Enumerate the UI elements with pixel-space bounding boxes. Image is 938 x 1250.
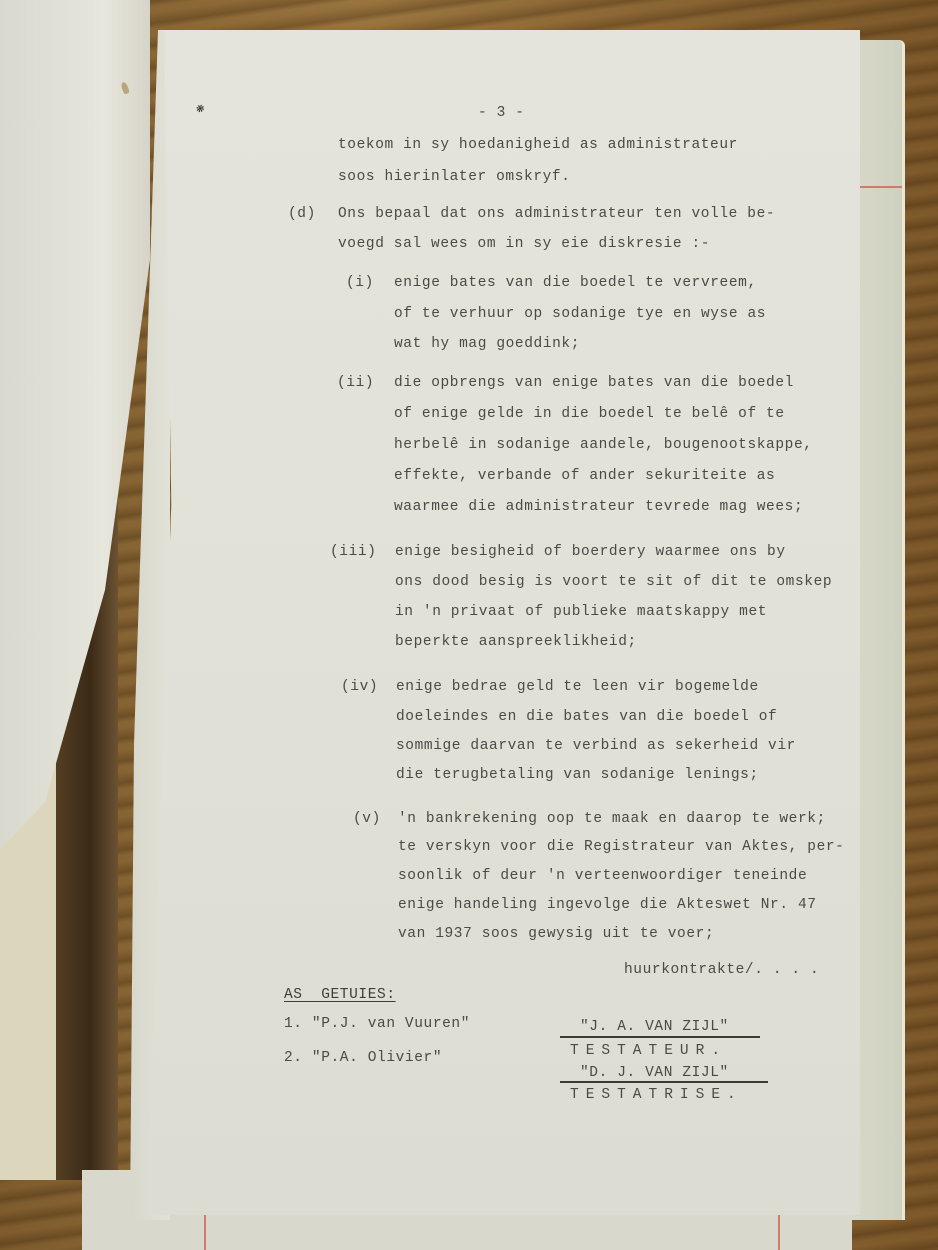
subclause-line: 'n bankrekening oop te maak en daarop te… [398, 811, 826, 827]
signature-name: "D. J. VAN ZIJL" [580, 1065, 729, 1081]
subclause-line: waarmee die administrateur tevrede mag w… [394, 499, 803, 515]
subclause-label: (iii) [330, 544, 377, 560]
subclause-label: (v) [353, 811, 381, 827]
subclause-line: of te verhuur op sodanige tye en wyse as [394, 306, 766, 322]
signature-role: TESTATRISE. [570, 1087, 743, 1103]
witness-entry: 2. "P.A. Olivier" [284, 1050, 442, 1066]
subclause-line: in 'n privaat of publieke maatskappy met [395, 604, 767, 620]
subclause-line: beperkte aanspreeklikheid; [395, 634, 637, 650]
document-text: - 3 - toekom in sy hoedanigheid as admin… [0, 0, 938, 1250]
subclause-line: soonlik of deur 'n verteenwoordiger tene… [398, 868, 807, 884]
subclause-line: enige besigheid of boerdery waarmee ons … [395, 544, 786, 560]
subclause-line: enige bedrae geld te leen vir bogemelde [396, 679, 759, 695]
signature-line [560, 1081, 768, 1083]
clause-line: voegd sal wees om in sy eie diskresie :- [338, 236, 710, 252]
subclause-line: ons dood besig is voort te sit of dit te… [395, 574, 832, 590]
page-number: - 3 - [478, 105, 525, 121]
subclause-line: sommige daarvan te verbind as sekerheid … [396, 738, 796, 754]
signature-name: "J. A. VAN ZIJL" [580, 1019, 729, 1035]
subclause-line: te verskyn voor die Registrateur van Akt… [398, 839, 844, 855]
intro-line: soos hierinlater omskryf. [338, 169, 571, 185]
subclause-line: enige handeling ingevolge die Akteswet N… [398, 897, 817, 913]
subclause-line: effekte, verbande of ander sekuriteite a… [394, 468, 775, 484]
continuation-catchword: huurkontrakte/. . . . [624, 962, 819, 978]
subclause-label: (iv) [341, 679, 378, 695]
subclause-line: of enige gelde in die boedel te belê of … [394, 406, 785, 422]
subclause-line: wat hy mag goeddink; [394, 336, 580, 352]
clause-line: Ons bepaal dat ons administrateur ten vo… [338, 206, 775, 222]
subclause-line: die terugbetaling van sodanige lenings; [396, 767, 759, 783]
witness-entry: 1. "P.J. van Vuuren" [284, 1016, 470, 1032]
witnesses-heading: AS GETUIES: [284, 987, 396, 1003]
subclause-line: enige bates van die boedel te vervreem, [394, 275, 757, 291]
subclause-line: die opbrengs van enige bates van die boe… [394, 375, 794, 391]
subclause-label: (ii) [337, 375, 374, 391]
intro-line: toekom in sy hoedanigheid as administrat… [338, 137, 738, 153]
subclause-line: doeleindes en die bates van die boedel o… [396, 709, 777, 725]
signature-role: TESTATEUR. [570, 1043, 727, 1059]
clause-label: (d) [288, 206, 316, 222]
signature-line [560, 1036, 760, 1038]
subclause-line: van 1937 soos gewysig uit te voer; [398, 926, 714, 942]
subclause-line: herbelê in sodanige aandele, bougenootsk… [394, 437, 813, 453]
subclause-label: (i) [346, 275, 374, 291]
